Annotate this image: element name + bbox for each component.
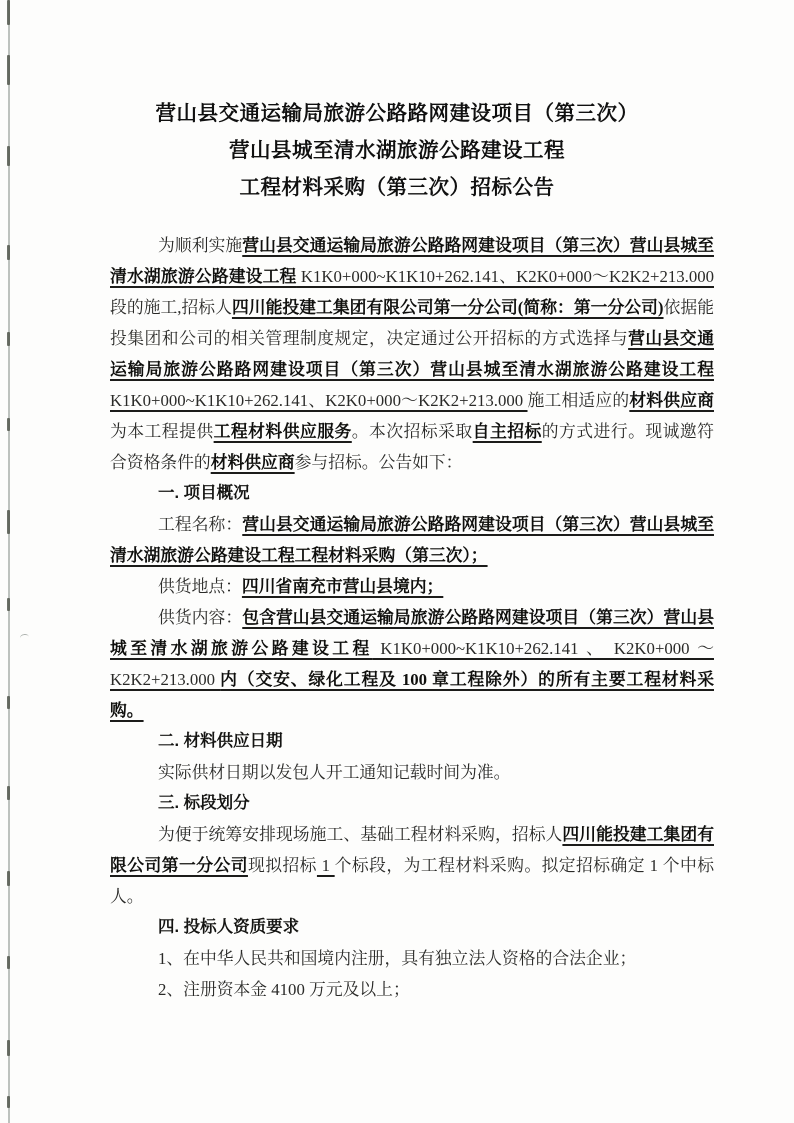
scan-edge-mark [7, 871, 10, 886]
text-run: 。本次招标采取 [352, 422, 473, 441]
text-run: 实际供材日期以发包人开工通知记载时间为准。 [158, 763, 510, 782]
paragraph: 为便于统筹安排现场施工、基础工程材料采购，招标人四川能投建工集团有限公司第一分公… [110, 819, 714, 912]
text-run: 供货地点： [158, 577, 242, 596]
scan-edge-mark [7, 1040, 10, 1056]
text-run: 1、在中华人民共和国境内注册，具有独立法人资格的合法企业； [158, 949, 636, 968]
document-title: 营山县交通运输局旅游公路路网建设项目（第三次）营山县城至清水湖旅游公路建设工程工… [0, 96, 794, 207]
text-run: 现拟招标 [248, 856, 317, 875]
scan-edge-mark [7, 418, 10, 431]
text-run: 一. 项目概况 [158, 484, 250, 502]
scan-edge-mark [7, 0, 10, 25]
text-run: 为便于统筹安排现场施工、基础工程材料采购，招标人 [158, 825, 562, 844]
section-heading: 一. 项目概况 [110, 478, 714, 509]
text-run: 施工相适应的 [528, 391, 630, 410]
scan-edge-mark [7, 598, 10, 611]
text-run: 参与招标。公告如下： [295, 453, 463, 472]
text-run: 工程名称： [158, 515, 242, 534]
document-title-line: 营山县交通运输局旅游公路路网建设项目（第三次） [0, 96, 794, 133]
paragraph: 2、注册资本金 4100 万元及以上； [110, 974, 714, 1005]
paragraph: 供货地点：四川省南充市营山县境内； [110, 571, 714, 602]
scan-edge-mark [7, 510, 10, 534]
document-title-line: 营山县城至清水湖旅游公路建设工程 [0, 133, 794, 170]
text-run: 四川能投建工集团有限公司第一分公司(简称：第一分公司) [232, 298, 664, 317]
paragraph: 供货内容：包含营山县交通运输局旅游公路路网建设项目（第三次）营山县城至清水湖旅游… [110, 602, 714, 726]
paragraph: 1、在中华人民共和国境内注册，具有独立法人资格的合法企业； [110, 943, 714, 974]
text-run: K1K0+000~K1K10+262.141、K2K0+000～K2K2+213… [110, 391, 528, 410]
paragraph: 实际供材日期以发包人开工通知记载时间为准。 [110, 757, 714, 788]
text-run: 为本工程提供 [110, 422, 214, 441]
text-run: 四. 投标人资质要求 [158, 918, 299, 936]
scan-edge-mark [7, 332, 10, 346]
paragraph: 工程名称：营山县交通运输局旅游公路路网建设项目（第三次）营山县城至清水湖旅游公路… [110, 509, 714, 571]
text-run: 2、注册资本金 4100 万元及以上； [158, 980, 410, 999]
document-page: 营山县交通运输局旅游公路路网建设项目（第三次）营山县城至清水湖旅游公路建设工程工… [0, 0, 794, 1123]
scan-edge-mark [7, 956, 10, 969]
scan-edge-mark [7, 786, 10, 800]
text-run: 工程材料供应服务 [214, 422, 352, 441]
text-run: 材料供应商 [211, 453, 295, 472]
text-run: 1 [317, 856, 335, 875]
paragraph: 为顺利实施营山县交通运输局旅游公路路网建设项目（第三次）营山县城至清水湖旅游公路… [110, 230, 714, 478]
scan-edge-mark [7, 55, 10, 85]
section-heading: 四. 投标人资质要求 [110, 912, 714, 943]
text-run: 三. 标段划分 [158, 794, 250, 812]
scan-edge-mark [7, 245, 10, 260]
text-run: 二. 材料供应日期 [158, 732, 283, 750]
scan-edge-mark [7, 696, 10, 709]
document-title-line: 工程材料采购（第三次）招标公告 [0, 170, 794, 207]
text-run: 段的施工,招标人 [110, 298, 232, 317]
text-run: 供货内容： [158, 608, 242, 627]
scan-edge-mark [7, 1096, 10, 1108]
document-body: 为顺利实施营山县交通运输局旅游公路路网建设项目（第三次）营山县城至清水湖旅游公路… [110, 230, 714, 1005]
text-run: 材料供应商 [629, 391, 714, 410]
section-heading: 三. 标段划分 [110, 788, 714, 819]
scan-speck [20, 633, 30, 641]
text-run: 四川省南充市营山县境内； [242, 577, 443, 596]
section-heading: 二. 材料供应日期 [110, 726, 714, 757]
text-run: K1K0+000~K1K10+262.141、K2K0+000～K2K2+213… [297, 267, 714, 286]
text-run: 自主招标 [473, 422, 542, 441]
text-run: 为顺利实施 [158, 236, 242, 255]
